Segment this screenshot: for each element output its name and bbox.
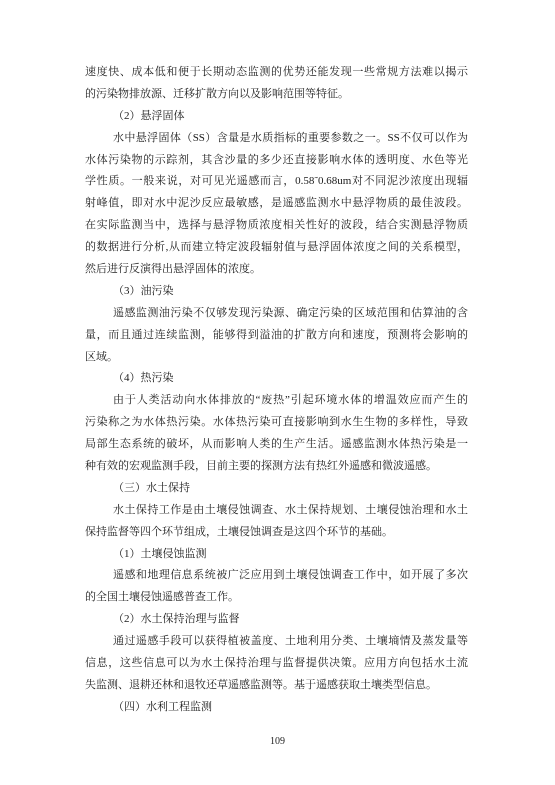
body-paragraph: 水中悬浮固体（SS）含量是水质指标的重要参数之一。SS不仅可以作为水体污染物的示…	[85, 128, 468, 281]
text-line: 区域。	[85, 347, 468, 369]
text-line: 由于人类活动向水体排放的“废热”引起环境水体的增温效应而产生的	[85, 390, 468, 412]
text-line: 失监测、退耕还林和退牧还草遥感监测等。基于遥感获取土壤类型信息。	[85, 675, 468, 697]
text-line: 通过遥感手段可以获得植被盖度、土地利用分类、土壤墒情及蒸发量等	[85, 631, 468, 653]
text-line: 局部生态系统的破坏，从而影响人类的生产生活。遥感监测水体热污染是一	[85, 434, 468, 456]
text-line: （1）土壤侵蚀监测	[85, 544, 468, 566]
text-line: （三）水土保持	[85, 478, 468, 500]
body-paragraph: 遥感监测油污染不仅够发现污染源、确定污染的区域范围和估算油的含量，而且通过连续监…	[85, 303, 468, 369]
heading-paragraph: （4）热污染	[85, 368, 468, 390]
text-line: 遥感监测油污染不仅够发现污染源、确定污染的区域范围和估算油的含	[85, 303, 468, 325]
heading-paragraph: （3）油污染	[85, 281, 468, 303]
body-paragraph: 由于人类活动向水体排放的“废热”引起环境水体的增温效应而产生的污染称之为水体热污…	[85, 390, 468, 478]
text-line: 量，而且通过连续监测，能够得到溢油的扩散方向和速度，预测将会影响的	[85, 325, 468, 347]
heading-paragraph: （三）水土保持	[85, 478, 468, 500]
page-number: 109	[0, 736, 555, 747]
body-paragraph: 水土保持工作是由土壤侵蚀调查、水土保持规划、土壤侵蚀治理和水土保持监督等四个环节…	[85, 500, 468, 544]
text-line: 污染称之为水体热污染。水体热污染可直接影响到水生生物的多样性，导致	[85, 412, 468, 434]
text-line: （2）水土保持治理与监督	[85, 609, 468, 631]
body-paragraph: 遥感和地理信息系统被广泛应用到土壤侵蚀调查工作中，如开展了多次的全国土壤侵蚀遥感…	[85, 565, 468, 609]
text-line: 遥感和地理信息系统被广泛应用到土壤侵蚀调查工作中，如开展了多次	[85, 565, 468, 587]
text-line: 射峰值，即对水中泥沙反应最敏感，是遥感监测水中悬浮物质的最佳波段。	[85, 193, 468, 215]
text-line: 水土保持工作是由土壤侵蚀调查、水土保持规划、土壤侵蚀治理和水土	[85, 500, 468, 522]
heading-paragraph: （四）水利工程监测	[85, 697, 468, 719]
heading-paragraph: （2）水土保持治理与监督	[85, 609, 468, 631]
text-line: 在实际监测当中，选择与悬浮物质浓度相关性好的波段，结合实测悬浮物质	[85, 215, 468, 237]
text-line: 水体污染物的示踪剂，其含沙量的多少还直接影响水体的透明度、水色等光	[85, 150, 468, 172]
body-paragraph: 速度快、成本低和便于长期动态监测的优势还能发现一些常规方法难以揭示的污染物排放源…	[85, 62, 468, 106]
heading-paragraph: （2）悬浮固体	[85, 106, 468, 128]
body-paragraph: 通过遥感手段可以获得植被盖度、土地利用分类、土壤墒情及蒸发量等信息，这些信息可以…	[85, 631, 468, 697]
text-line: （3）油污染	[85, 281, 468, 303]
text-line: 信息，这些信息可以为水土保持治理与监督提供决策。应用方向包括水土流	[85, 653, 468, 675]
text-line: 的数据进行分析,从而建立特定波段辐射值与悬浮固体浓度之间的关系模型，	[85, 237, 468, 259]
text-line: 保持监督等四个环节组成，土壤侵蚀调查是这四个环节的基础。	[85, 522, 468, 544]
text-line: 速度快、成本低和便于长期动态监测的优势还能发现一些常规方法难以揭示	[85, 62, 468, 84]
text-line: 的全国土壤侵蚀遥感普查工作。	[85, 587, 468, 609]
text-block: 速度快、成本低和便于长期动态监测的优势还能发现一些常规方法难以揭示的污染物排放源…	[85, 62, 468, 719]
document-page: 速度快、成本低和便于长期动态监测的优势还能发现一些常规方法难以揭示的污染物排放源…	[0, 0, 555, 785]
text-line: （4）热污染	[85, 368, 468, 390]
text-line: 种有效的宏观监测手段，目前主要的探测方法有热红外遥感和微波遥感。	[85, 456, 468, 478]
text-line: 然后进行反演得出悬浮固体的浓度。	[85, 259, 468, 281]
text-line: 水中悬浮固体（SS）含量是水质指标的重要参数之一。SS不仅可以作为	[85, 128, 468, 150]
text-line: 的污染物排放源、迁移扩散方向以及影响范围等特征。	[85, 84, 468, 106]
text-line: （2）悬浮固体	[85, 106, 468, 128]
text-line: 学性质。一般来说，对可见光遥感而言，0.58˜0.68um对不同泥沙浓度出现辐	[85, 171, 468, 193]
heading-paragraph: （1）土壤侵蚀监测	[85, 544, 468, 566]
text-line: （四）水利工程监测	[85, 697, 468, 719]
